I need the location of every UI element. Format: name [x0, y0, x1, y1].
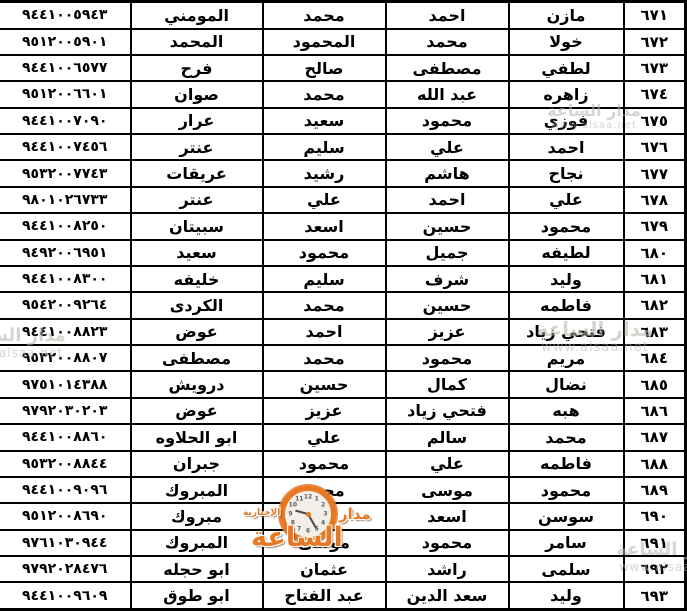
table-row: ٦٧٧ نجاح هاشم رشيد عريقات ٩٥٣٢٠٠٧٧٤٣	[0, 160, 686, 186]
first-name-cell: مريم	[509, 345, 624, 371]
grandfather-name-cell: عبد الفتاح	[263, 582, 386, 609]
id-number-cell: ٩٥٣٢٠٠٨٨٤٤	[0, 451, 131, 477]
grandfather-name-cell: احمد	[263, 319, 386, 345]
grandfather-name-cell: محمد	[263, 477, 386, 503]
table-row: ٦٧٩ محمود حسين اسعد سبيتان ٩٤٤١٠٠٨٢٥٠	[0, 213, 686, 239]
table-row: ٦٨٠ لطيفه جميل محمود سعيد ٩٤٩٢٠٠٦٩٥١	[0, 240, 686, 266]
id-number-cell: ٩٥٣٢٠٠٧٧٤٣	[0, 160, 131, 186]
father-name-cell: راشد	[386, 556, 509, 582]
first-name-cell: نجاح	[509, 160, 624, 186]
father-name-cell: محمود	[386, 108, 509, 134]
id-number-cell: ٩٤٩٢٠٠٦٩٥١	[0, 240, 131, 266]
first-name-cell: سامر	[509, 530, 624, 556]
grandfather-name-cell: محمد	[263, 345, 386, 371]
table-row: ٦٧٥ فوزي محمود سعيد عرار ٩٤٤١٠٠٧٠٩٠	[0, 108, 686, 134]
family-name-cell: جبران	[131, 451, 263, 477]
grandfather-name-cell: عثمان	[263, 556, 386, 582]
family-name-cell: المحمد	[131, 29, 263, 55]
serial-number-cell: ٦٧٨	[624, 187, 686, 213]
grandfather-name-cell: محمود	[263, 451, 386, 477]
grandfather-name-cell: عزيز	[263, 398, 386, 424]
table-row: ٦٨٥ نضال كمال حسين درويش ٩٧٥١٠١٤٣٨٨	[0, 371, 686, 397]
father-name-cell: فتحي زياد	[386, 398, 509, 424]
id-number-cell: ٩٥٤٢٠٠٩٢٦٤	[0, 292, 131, 318]
serial-number-cell: ٦٧٢	[624, 29, 686, 55]
father-name-cell: جميل	[386, 240, 509, 266]
father-name-cell: سالم	[386, 424, 509, 450]
serial-number-cell: ٦٩٠	[624, 503, 686, 529]
first-name-cell: خولا	[509, 29, 624, 55]
family-name-cell: ابو طوق	[131, 582, 263, 609]
grandfather-name-cell: محمد	[263, 292, 386, 318]
father-name-cell: سعد الدين	[386, 582, 509, 609]
serial-number-cell: ٦٩٢	[624, 556, 686, 582]
father-name-cell: احمد	[386, 2, 509, 29]
serial-number-cell: ٦٩١	[624, 530, 686, 556]
serial-number-cell: ٦٧٩	[624, 213, 686, 239]
father-name-cell: حسين	[386, 213, 509, 239]
serial-number-cell: ٦٧٤	[624, 81, 686, 107]
family-name-cell: ابو الحلاوه	[131, 424, 263, 450]
family-name-cell: درويش	[131, 371, 263, 397]
grandfather-name-cell: موسى	[263, 530, 386, 556]
family-name-cell: خليفه	[131, 266, 263, 292]
id-number-cell: ٩٥١٢٠٠٨٦٩٠	[0, 503, 131, 529]
first-name-cell: محمود	[509, 477, 624, 503]
table-row: ٦٧٨ علي احمد علي عنتر ٩٨٠١٠٢٦٧٣٣	[0, 187, 686, 213]
grandfather-name-cell: المحمود	[263, 29, 386, 55]
table-row: ٦٩٣ وليد سعد الدين عبد الفتاح ابو طوق ٩٤…	[0, 582, 686, 609]
table-row: ٦٨٧ محمد سالم علي ابو الحلاوه ٩٤٤١٠٠٨٨٦٠	[0, 424, 686, 450]
first-name-cell: زاهره	[509, 81, 624, 107]
serial-number-cell: ٦٨٩	[624, 477, 686, 503]
first-name-cell: فوزي	[509, 108, 624, 134]
first-name-cell: وليد	[509, 266, 624, 292]
first-name-cell: علي	[509, 187, 624, 213]
serial-number-cell: ٦٨١	[624, 266, 686, 292]
id-number-cell: ٩٧٦١٠٣٠٩٤٤	[0, 530, 131, 556]
table-row: ٦٨٦ هبه فتحي زياد عزيز عوض ٩٧٩٢٠٣٠٢٠٣	[0, 398, 686, 424]
first-name-cell: فتحي زياد	[509, 319, 624, 345]
first-name-cell: سلمى	[509, 556, 624, 582]
father-name-cell: علي	[386, 451, 509, 477]
id-number-cell: ٩٤٤١٠٠٧٤٥٦	[0, 134, 131, 160]
family-name-cell: عرار	[131, 108, 263, 134]
serial-number-cell: ٦٨٤	[624, 345, 686, 371]
father-name-cell: كمال	[386, 371, 509, 397]
family-name-cell: عنتر	[131, 134, 263, 160]
family-name-cell: سعيد	[131, 240, 263, 266]
id-number-cell: ٩٧٩٢٠٢٨٤٧٦	[0, 556, 131, 582]
table-row: ٦٨٢ فاطمه حسين محمد الكردى ٩٥٤٢٠٠٩٢٦٤	[0, 292, 686, 318]
family-name-cell: مصطفى	[131, 345, 263, 371]
serial-number-cell: ٦٩٣	[624, 582, 686, 609]
grandfather-name-cell: اسعد	[263, 213, 386, 239]
father-name-cell: علي	[386, 134, 509, 160]
first-name-cell: نضال	[509, 371, 624, 397]
table-row: ٦٩١ سامر محمود موسى المبروك ٩٧٦١٠٣٠٩٤٤	[0, 530, 686, 556]
grandfather-name-cell: علي	[263, 424, 386, 450]
family-name-cell: عوض	[131, 319, 263, 345]
grandfather-name-cell: سعيد	[263, 108, 386, 134]
father-name-cell: اسعد	[386, 503, 509, 529]
serial-number-cell: ٦٨٣	[624, 319, 686, 345]
id-number-cell: ٩٧٥١٠١٤٣٨٨	[0, 371, 131, 397]
id-number-cell: ٩٥١٢٠٠٦٦٠١	[0, 81, 131, 107]
father-name-cell: محمود	[386, 345, 509, 371]
family-name-cell: سبيتان	[131, 213, 263, 239]
family-name-cell: عنتر	[131, 187, 263, 213]
grandfather-name-cell: سليم	[263, 134, 386, 160]
grandfather-name-cell: محمد	[263, 81, 386, 107]
father-name-cell: موسى	[386, 477, 509, 503]
family-name-cell: صوان	[131, 81, 263, 107]
family-name-cell: المومني	[131, 2, 263, 29]
first-name-cell: هبه	[509, 398, 624, 424]
grandfather-name-cell: علي	[263, 187, 386, 213]
id-number-cell: ٩٤٤١٠٠٩٠٩٦	[0, 477, 131, 503]
family-name-cell: الكردى	[131, 292, 263, 318]
serial-number-cell: ٦٧١	[624, 2, 686, 29]
table-row: ٦٨١ وليد شرف سليم خليفه ٩٤٤١٠٠٨٣٠٠	[0, 266, 686, 292]
first-name-cell: فاطمه	[509, 451, 624, 477]
first-name-cell: لطيفه	[509, 240, 624, 266]
id-number-cell: ٩٤٤١٠٠٨٨٢٣	[0, 319, 131, 345]
father-name-cell: محمود	[386, 530, 509, 556]
father-name-cell: مصطفى	[386, 55, 509, 81]
serial-number-cell: ٦٨٦	[624, 398, 686, 424]
serial-number-cell: ٦٨٥	[624, 371, 686, 397]
first-name-cell: لطفي	[509, 55, 624, 81]
table-row: ٦٨٨ فاطمه علي محمود جبران ٩٥٣٢٠٠٨٨٤٤	[0, 451, 686, 477]
serial-number-cell: ٦٧٣	[624, 55, 686, 81]
family-name-cell: عريقات	[131, 160, 263, 186]
family-name-cell: المبروك	[131, 530, 263, 556]
grandfather-name-cell: سليم	[263, 266, 386, 292]
id-number-cell: ٩٨٠١٠٢٦٧٣٣	[0, 187, 131, 213]
id-number-cell: ٩٤٤١٠٠٨٢٥٠	[0, 213, 131, 239]
id-number-cell: ٩٤٤١٠٠٥٩٤٣	[0, 2, 131, 29]
first-name-cell: محمد	[509, 424, 624, 450]
table-row: ٦٨٤ مريم محمود محمد مصطفى ٩٥٣٢٠٠٨٨٠٧	[0, 345, 686, 371]
grandfather-name-cell: محمد	[263, 2, 386, 29]
table-row: ٦٧٢ خولا محمد المحمود المحمد ٩٥١٢٠٠٥٩٠١	[0, 29, 686, 55]
table-row: ٦٧٦ احمد علي سليم عنتر ٩٤٤١٠٠٧٤٥٦	[0, 134, 686, 160]
id-number-cell: ٩٤٤١٠٠٦٥٧٧	[0, 55, 131, 81]
family-name-cell: مبروك	[131, 503, 263, 529]
grandfather-name-cell	[263, 503, 386, 529]
serial-number-cell: ٦٨٠	[624, 240, 686, 266]
table-row: ٦٩٠ سوسن اسعد مبروك ٩٥١٢٠٠٨٦٩٠	[0, 503, 686, 529]
scanned-roster-page: ٦٧١ مازن احمد محمد المومني ٩٤٤١٠٠٥٩٤٣ ٦٧…	[0, 0, 687, 611]
table-row: ٦٧٣ لطفي مصطفى صالح فرح ٩٤٤١٠٠٦٥٧٧	[0, 55, 686, 81]
first-name-cell: احمد	[509, 134, 624, 160]
father-name-cell: هاشم	[386, 160, 509, 186]
father-name-cell: حسين	[386, 292, 509, 318]
grandfather-name-cell: محمود	[263, 240, 386, 266]
first-name-cell: محمود	[509, 213, 624, 239]
serial-number-cell: ٦٨٧	[624, 424, 686, 450]
id-number-cell: ٩٤٤١٠٠٨٨٦٠	[0, 424, 131, 450]
family-name-cell: فرح	[131, 55, 263, 81]
id-number-cell: ٩٥١٢٠٠٥٩٠١	[0, 29, 131, 55]
grandfather-name-cell: صالح	[263, 55, 386, 81]
serial-number-cell: ٦٨٢	[624, 292, 686, 318]
table-row: ٦٧١ مازن احمد محمد المومني ٩٤٤١٠٠٥٩٤٣	[0, 2, 686, 29]
id-number-cell: ٩٤٤١٠٠٧٠٩٠	[0, 108, 131, 134]
serial-number-cell: ٦٨٨	[624, 451, 686, 477]
father-name-cell: احمد	[386, 187, 509, 213]
father-name-cell: شرف	[386, 266, 509, 292]
first-name-cell: فاطمه	[509, 292, 624, 318]
id-number-cell: ٩٤٤١٠٠٩٦٠٩	[0, 582, 131, 609]
family-name-cell: ابو حجله	[131, 556, 263, 582]
serial-number-cell: ٦٧٧	[624, 160, 686, 186]
first-name-cell: سوسن	[509, 503, 624, 529]
id-number-cell: ٩٥٣٢٠٠٨٨٠٧	[0, 345, 131, 371]
id-number-cell: ٩٧٩٢٠٣٠٢٠٣	[0, 398, 131, 424]
father-name-cell: عبد الله	[386, 81, 509, 107]
id-number-cell: ٩٤٤١٠٠٨٣٠٠	[0, 266, 131, 292]
grandfather-name-cell: رشيد	[263, 160, 386, 186]
serial-number-cell: ٦٧٦	[624, 134, 686, 160]
first-name-cell: مازن	[509, 2, 624, 29]
family-name-cell: المبروك	[131, 477, 263, 503]
grandfather-name-cell: حسين	[263, 371, 386, 397]
father-name-cell: عزيز	[386, 319, 509, 345]
first-name-cell: وليد	[509, 582, 624, 609]
table-row: ٦٨٣ فتحي زياد عزيز احمد عوض ٩٤٤١٠٠٨٨٢٣	[0, 319, 686, 345]
names-roster-table: ٦٧١ مازن احمد محمد المومني ٩٤٤١٠٠٥٩٤٣ ٦٧…	[0, 0, 687, 611]
table-row: ٦٧٤ زاهره عبد الله محمد صوان ٩٥١٢٠٠٦٦٠١	[0, 81, 686, 107]
table-row: ٦٩٢ سلمى راشد عثمان ابو حجله ٩٧٩٢٠٢٨٤٧٦	[0, 556, 686, 582]
serial-number-cell: ٦٧٥	[624, 108, 686, 134]
table-row: ٦٨٩ محمود موسى محمد المبروك ٩٤٤١٠٠٩٠٩٦	[0, 477, 686, 503]
father-name-cell: محمد	[386, 29, 509, 55]
family-name-cell: عوض	[131, 398, 263, 424]
